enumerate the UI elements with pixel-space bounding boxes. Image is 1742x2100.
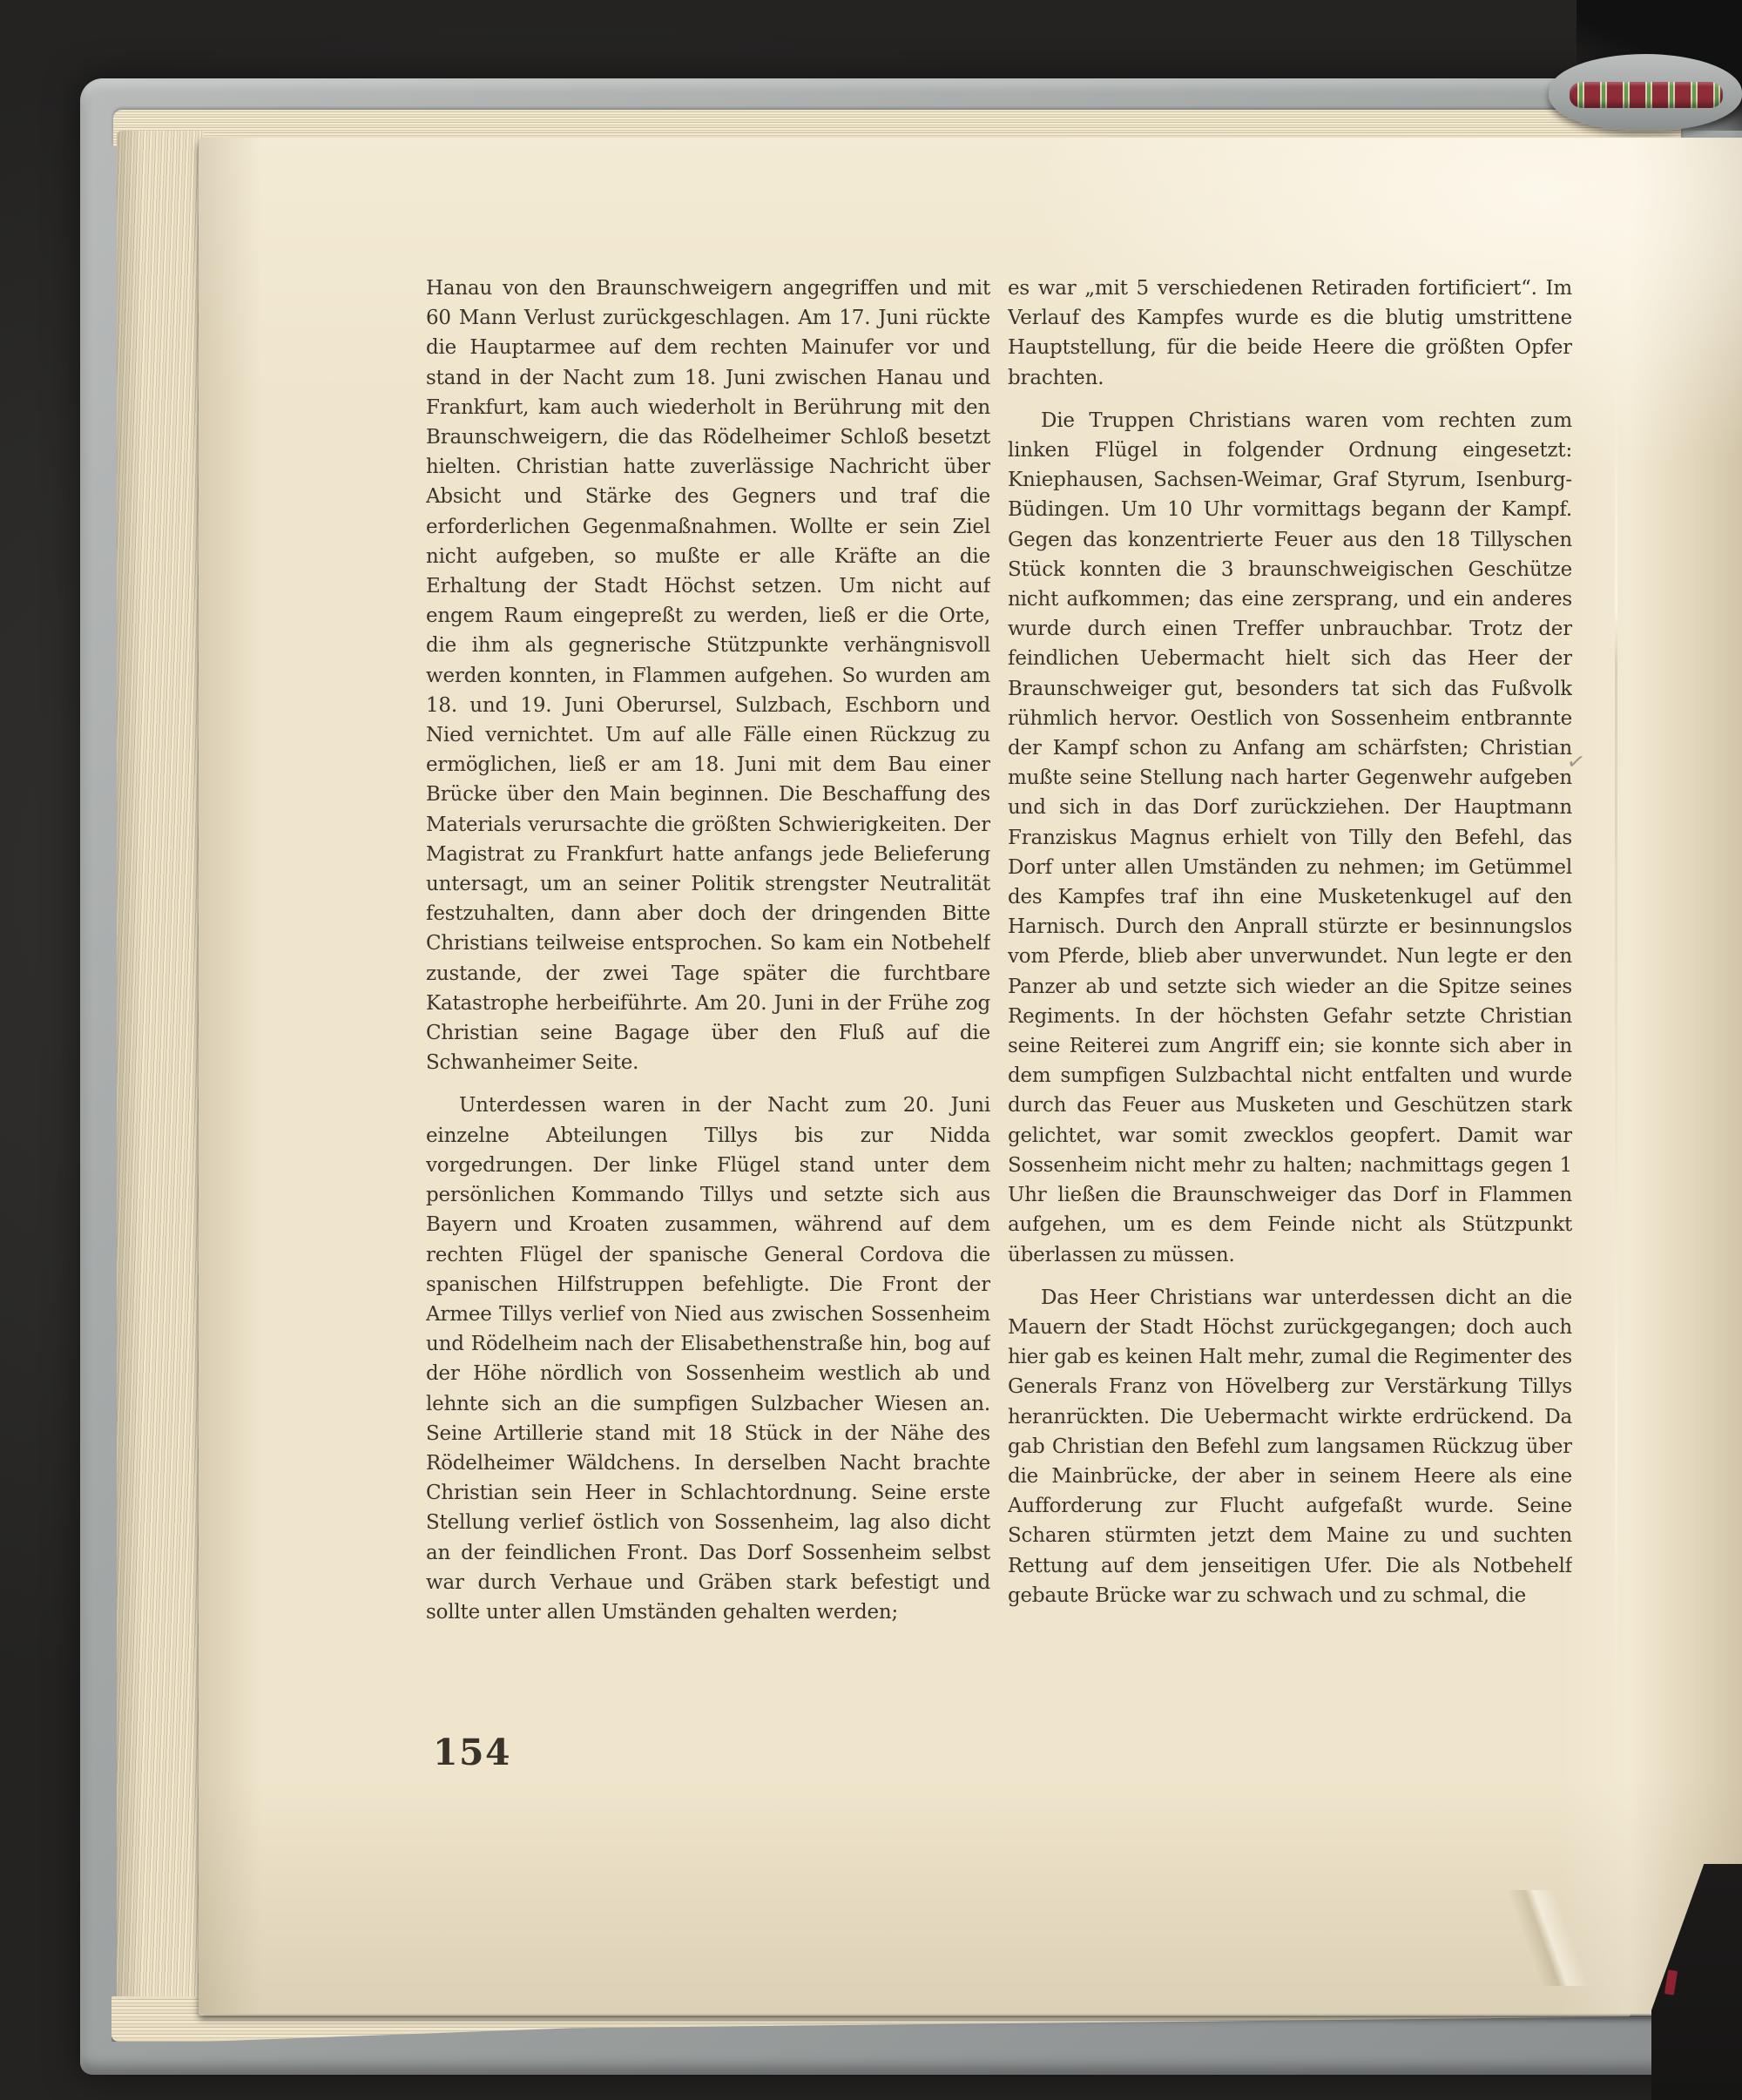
paragraph: Hanau von den Braunschweigern angegriffe… [426, 273, 990, 1077]
scanned-book-photo: Hanau von den Braunschweigern angegriffe… [0, 0, 1742, 2100]
right-text-column: es war „mit 5 verschiedenen Retiraden fo… [1008, 273, 1572, 1749]
left-text-column: Hanau von den Braunschweigern angegriffe… [426, 273, 990, 1749]
paragraph: es war „mit 5 verschiedenen Retiraden fo… [1008, 273, 1572, 393]
page-crease-diagonal [1411, 1890, 1672, 1986]
page-edges-left [117, 131, 204, 2012]
paragraph: Das Heer Christians war unterdessen dich… [1008, 1283, 1572, 1610]
headband [1570, 82, 1723, 108]
page-crease-vertical [1615, 366, 1617, 1725]
page-number: 154 [433, 1732, 511, 1773]
paragraph: Unterdessen waren in der Nacht zum 20. J… [426, 1091, 990, 1627]
paragraph: Die Truppen Christians waren vom rechten… [1008, 406, 1572, 1270]
